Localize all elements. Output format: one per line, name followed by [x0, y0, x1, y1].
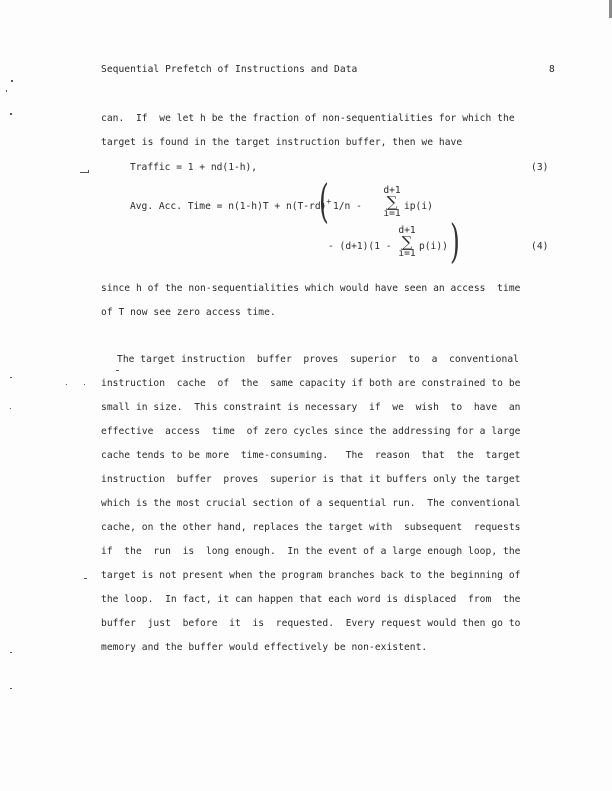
scan-speck	[6, 90, 7, 92]
equation-4-lhs: Avg. Acc. Time = n(1-h)T + n(T-rd)+	[130, 201, 331, 213]
paragraph-3-line-7: which is the most crucial section of a s…	[101, 498, 520, 510]
equation-4-number: (4)	[531, 241, 548, 253]
paragraph-3-line-6: instruction buffer proves superior is th…	[101, 474, 520, 486]
paragraph-3-line-13: memory and the buffer would effectively …	[101, 642, 427, 654]
scan-speck	[80, 172, 89, 173]
scan-speck	[10, 408, 11, 409]
paragraph-2-line-2: of T now see zero access time.	[101, 307, 276, 319]
paragraph-3-line-8: cache, on the other hand, replaces the t…	[101, 522, 520, 534]
paragraph-3-line-5: cache tends to be more time-consuming. T…	[101, 450, 520, 462]
scan-speck	[84, 578, 87, 579]
equation-4-close-paren: )	[450, 218, 460, 264]
summation-2: d+1 ∑ i=1	[395, 226, 419, 259]
summation-1: d+1 ∑ i=1	[380, 186, 404, 219]
paragraph-1-line-2: target is found in the target instructio…	[101, 137, 462, 149]
equation-4-open-paren: (	[319, 178, 329, 224]
equation-3-number: (3)	[531, 162, 548, 174]
paragraph-3-line-3: small in size. This constraint is necess…	[101, 402, 520, 414]
equation-4-lhs-text: Avg. Acc. Time = n(1-h)T + n(T-rd)	[130, 201, 326, 212]
scan-speck	[10, 113, 12, 115]
paragraph-3-line-11: the loop. In fact, it can happen that ea…	[101, 594, 520, 606]
equation-4-sum2-body: p(i))	[419, 241, 448, 253]
equation-3: Traffic = 1 + nd(1-h),	[130, 162, 257, 174]
scan-speck	[10, 652, 12, 653]
paragraph-3-line-4: effective access time of zero cycles sin…	[101, 426, 520, 438]
document-page: Sequential Prefetch of Instructions and …	[0, 0, 612, 791]
paragraph-3-line-1: The target instruction buffer proves sup…	[117, 354, 519, 366]
paragraph-3-line-12: buffer just before it is requested. Ever…	[101, 618, 520, 630]
equation-4-sum1-body: ip(i)	[404, 201, 433, 213]
scan-speck	[11, 80, 13, 82]
page-number: 8	[549, 64, 555, 76]
scan-speck	[116, 370, 119, 371]
paragraph-3-line-9: if the run is long enough. In the event …	[101, 546, 520, 558]
scan-speck	[88, 170, 89, 172]
summation-1-lower-limit: i=1	[380, 209, 404, 219]
paragraph-3-line-10: target is not present when the program b…	[101, 570, 520, 582]
scan-speck	[10, 377, 12, 378]
running-header-title: Sequential Prefetch of Instructions and …	[101, 64, 357, 76]
equation-4-term1: 1/n -	[333, 201, 368, 213]
summation-2-lower-limit: i=1	[395, 249, 419, 259]
equation-4-line2-prefix: - (d+1)(1 -	[328, 241, 397, 253]
paragraph-3-line-2: instruction cache of the same capacity i…	[101, 378, 520, 390]
scan-speck	[66, 384, 67, 385]
scan-speck	[10, 688, 12, 689]
paragraph-2-line-1: since h of the non-sequentialities which…	[101, 283, 520, 295]
paragraph-1-line-1: can. If we let h be the fraction of non-…	[101, 113, 515, 125]
scan-speck	[84, 384, 85, 385]
